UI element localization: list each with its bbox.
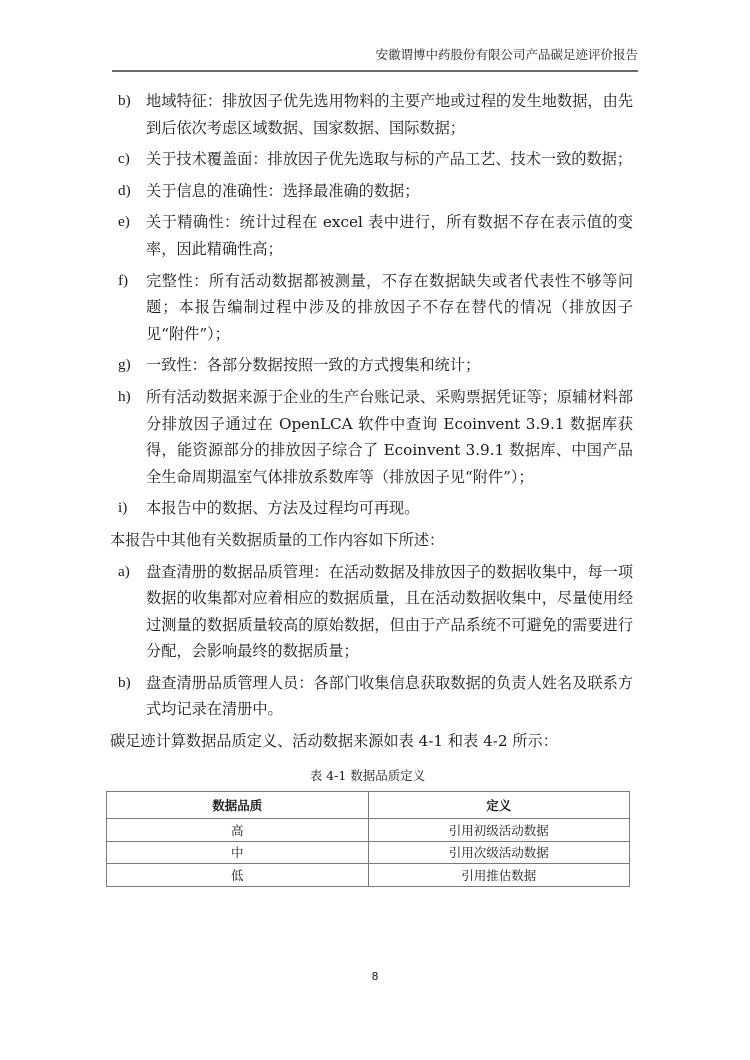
table-row: 中 引用次级活动数据 (107, 841, 630, 864)
table-cell: 引用初级活动数据 (368, 819, 630, 842)
list-text: 完整性：所有活动数据都被测量，不存在数据缺失或者代表性不够等问题；本报告编制过程… (146, 268, 633, 348)
list-text: 所有活动数据来源于企业的生产台账记录、采购票据凭证等；原辅材料部分排放因子通过在… (146, 384, 633, 490)
table-cell: 引用次级活动数据 (368, 841, 630, 864)
list-text: 关于技术覆盖面：排放因子优先选取与标的产品工艺、技术一致的数据； (146, 146, 633, 173)
list-item: d) 关于信息的准确性：选择最准确的数据； (118, 178, 633, 205)
column-header-definition: 定义 (368, 792, 630, 819)
list-marker: e) (118, 209, 146, 262)
page-header: 安徽谓博中药股份有限公司产品碳足迹评价报告 (112, 44, 638, 72)
table-cell: 低 (107, 864, 369, 887)
body-text: b) 地域特征：排放因子优先选用物料的主要产地或过程的发生地数据，由先到后依次考… (118, 88, 633, 760)
list-text: 关于信息的准确性：选择最准确的数据； (146, 178, 633, 205)
table-caption: 表 4-1 数据品质定义 (106, 766, 629, 786)
table-cell: 中 (107, 841, 369, 864)
list-marker: g) (118, 352, 146, 379)
list-item: g) 一致性：各部分数据按照一致的方式搜集和统计； (118, 352, 633, 379)
list-item: c) 关于技术覆盖面：排放因子优先选取与标的产品工艺、技术一致的数据； (118, 146, 633, 173)
list-marker: d) (118, 178, 146, 205)
list-marker: b) (118, 670, 146, 723)
table-cell: 引用推估数据 (368, 864, 630, 887)
list-item: e) 关于精确性：统计过程在 excel 表中进行，所有数据不存在表示值的变率，… (118, 209, 633, 262)
table-cell: 高 (107, 819, 369, 842)
page-number: 8 (0, 970, 750, 983)
list-marker: b) (118, 88, 146, 141)
list-marker: c) (118, 146, 146, 173)
list-item: b) 地域特征：排放因子优先选用物料的主要产地或过程的发生地数据，由先到后依次考… (118, 88, 633, 141)
paragraph-table-reference: 碳足迹计算数据品质定义、活动数据来源如表 4-1 和表 4-2 所示： (110, 728, 633, 755)
list-text: 本报告中的数据、方法及过程均可再现。 (146, 495, 633, 522)
list-item: i) 本报告中的数据、方法及过程均可再现。 (118, 495, 633, 522)
list-text: 盘查清册的数据品质管理：在活动数据及排放因子的数据收集中，每一项数据的收集都对应… (146, 559, 633, 665)
list-item: b) 盘查清册品质管理人员：各部门收集信息获取数据的负责人姓名及联系方式均记录在… (118, 670, 633, 723)
list-text: 一致性：各部分数据按照一致的方式搜集和统计； (146, 352, 633, 379)
list-item: f) 完整性：所有活动数据都被测量，不存在数据缺失或者代表性不够等问题；本报告编… (118, 268, 633, 348)
table-row: 低 引用推估数据 (107, 864, 630, 887)
list-marker: i) (118, 495, 146, 522)
list-text: 盘查清册品质管理人员：各部门收集信息获取数据的负责人姓名及联系方式均记录在清册中… (146, 670, 633, 723)
paragraph-data-quality-intro: 本报告中其他有关数据质量的工作内容如下所述： (110, 527, 633, 554)
list-text: 地域特征：排放因子优先选用物料的主要产地或过程的发生地数据，由先到后依次考虑区域… (146, 88, 633, 141)
list-item: a) 盘查清册的数据品质管理：在活动数据及排放因子的数据收集中，每一项数据的收集… (118, 559, 633, 665)
data-quality-table: 数据品质 定义 高 引用初级活动数据 中 引用次级活动数据 低 引用推估数据 (106, 791, 630, 887)
report-title: 安徽谓博中药股份有限公司产品碳足迹评价报告 (375, 47, 638, 62)
column-header-quality: 数据品质 (107, 792, 369, 819)
table-header-row: 数据品质 定义 (107, 792, 630, 819)
list-marker: a) (118, 559, 146, 665)
list-item: h) 所有活动数据来源于企业的生产台账记录、采购票据凭证等；原辅材料部分排放因子… (118, 384, 633, 490)
list-marker: f) (118, 268, 146, 348)
list-marker: h) (118, 384, 146, 490)
list-text: 关于精确性：统计过程在 excel 表中进行，所有数据不存在表示值的变率，因此精… (146, 209, 633, 262)
table-row: 高 引用初级活动数据 (107, 819, 630, 842)
